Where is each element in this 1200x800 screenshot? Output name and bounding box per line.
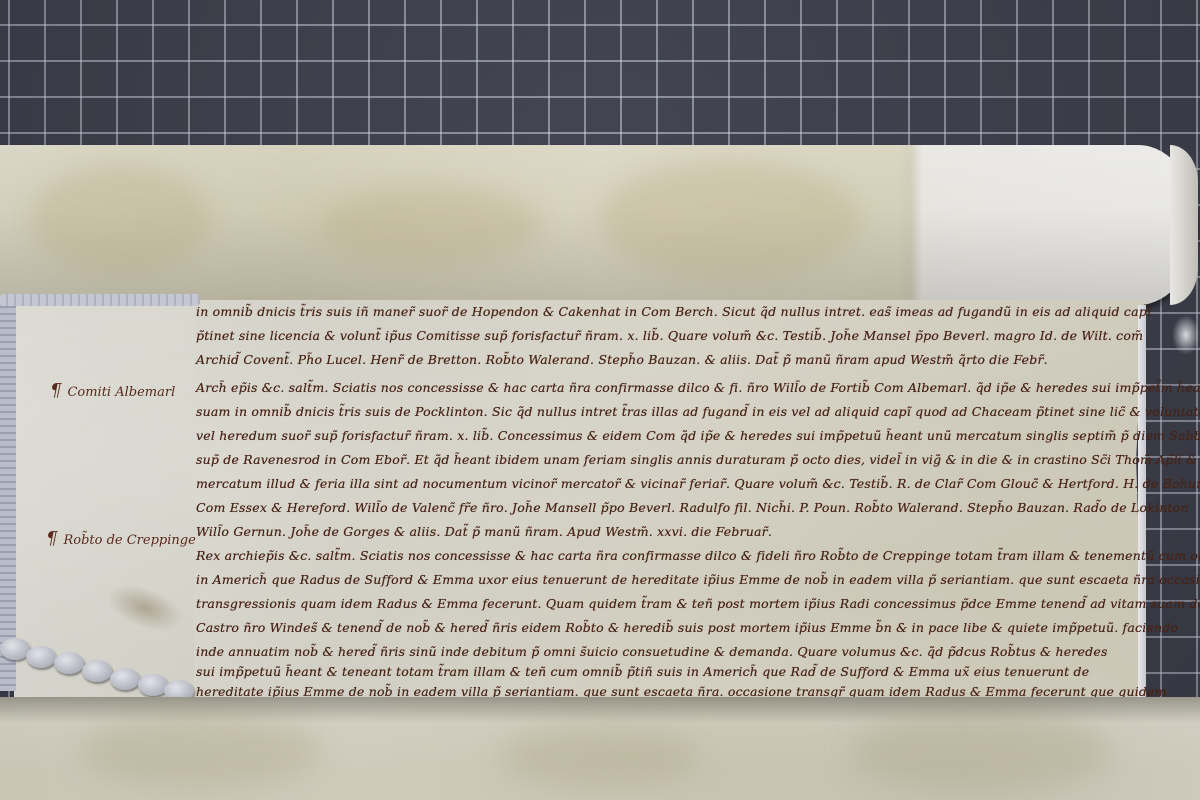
bottom-rolled-membrane (0, 697, 1200, 800)
entry-1-line-1: in omnib̃ dnicis t̃ris suis iñ maner̃ s… (196, 304, 1151, 319)
entry-3-line-1: Rex archiep̃is &c. salt̃m. Sciatis nos c… (196, 548, 1200, 563)
entry-3-line-2: in Americh̃ que Radus de Sufford & Emma … (196, 572, 1200, 587)
entry-2-line-5: mercatum illud & feria illa sint ad nocu… (196, 476, 1200, 491)
roll-end-cap (1170, 145, 1198, 305)
entry-2-line-7: Will̃o Gernun. Joh̃e de Gorges & aliis. … (196, 524, 772, 539)
marginal-heading-text: Rob̃to de Creppinge (63, 533, 195, 548)
marginal-heading-text: Comiti Albemarl (67, 385, 175, 400)
paragraph-mark-icon: ¶ (50, 380, 61, 401)
entry-3-line-6: sui imp̃petuũ h̃eant & teneant totam t̃… (196, 664, 1089, 679)
entry-2-line-3: vel heredum suor̃ sup̃ forisfactur̃ ñra… (196, 428, 1200, 443)
entry-1-line-3: Archid̃ Covent̃. Ph̃o Lucel. Henr̃ de Br… (196, 352, 1048, 367)
top-rolled-membrane (0, 145, 1198, 305)
marginal-heading-roberto-de-creppinge: ¶Rob̃to de Creppinge (46, 528, 196, 549)
marginal-heading-comiti-albemarl: ¶Comiti Albemarl (50, 380, 175, 401)
paragraph-mark-icon: ¶ (46, 528, 57, 549)
entry-2-line-2: suam in omnib̃ dnicis t̃ris suis de Pock… (196, 404, 1200, 419)
entry-2-line-4: sup̃ de Ravenesrod in Com Ebor̃. Et q̃d … (196, 452, 1200, 467)
top-binding-cord (0, 294, 200, 306)
entry-3-line-4: Castro ñro Windes̃ & tenend̃ de nob̃ & … (196, 620, 1178, 635)
entry-3-line-3: transgressionis quam idem Radus & Emma f… (196, 596, 1200, 611)
entry-1-line-2: p̃tinet sine licencia & volunt̃ ip̃us Co… (196, 328, 1143, 343)
entry-3-line-5: inde annuatim nob̃ & hered̃ ñris sinũ … (196, 644, 1108, 659)
entry-2-line-6: Com Essex & Hereford. Will̃o de Valenc̃ … (196, 500, 1189, 515)
entry-2-line-1: Arch̃ ep̃is &c. salt̃m. Sciatis nos conc… (196, 380, 1200, 395)
beaded-weight-cord (0, 630, 200, 700)
fiber-fluff (1172, 315, 1200, 355)
